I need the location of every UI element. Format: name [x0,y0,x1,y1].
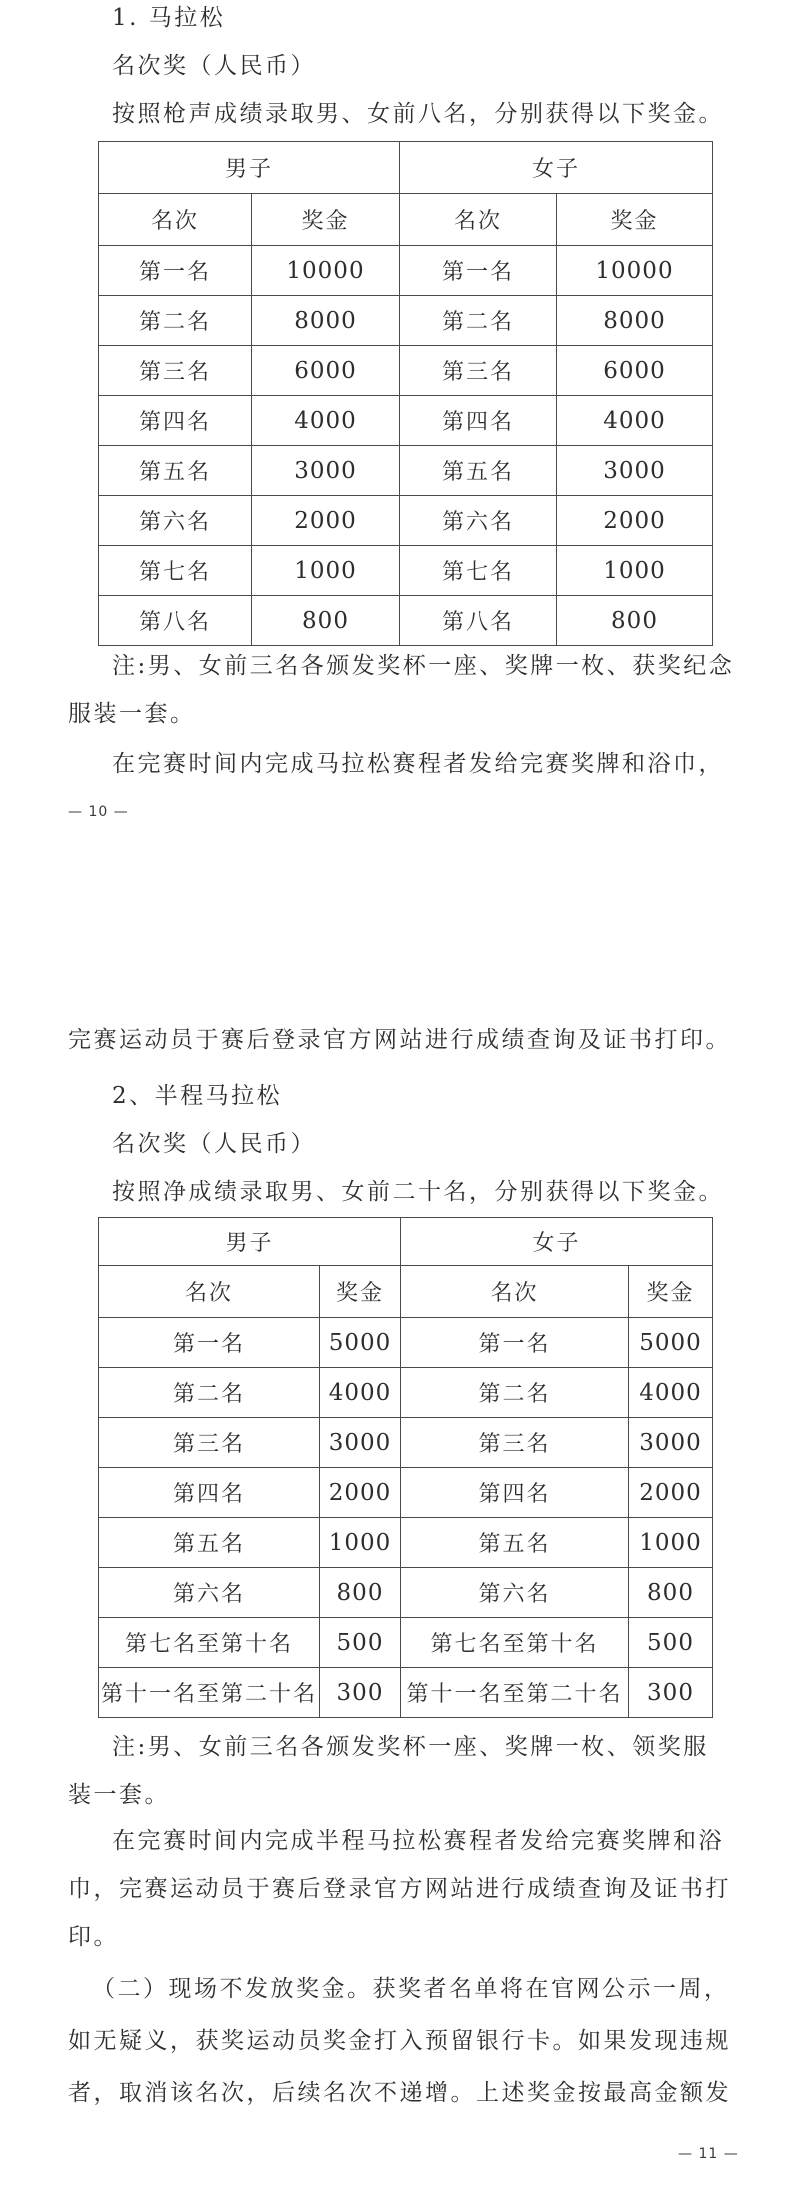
prize-amount-cell: 4000 [320,1368,401,1418]
payment-paragraph-line-3: 者，取消该名次，后续名次不递增。上述奖金按最高金额发 [68,2079,731,2107]
table-row: 第八名800第八名800 [99,596,713,646]
rank-cell: 第二名 [400,296,557,346]
prize-amount-cell: 1000 [629,1518,713,1568]
prize-amount-cell: 2000 [557,496,713,546]
carryover-paragraph: 完赛运动员于赛后登录官方网站进行成绩查询及证书打印。 [68,1026,731,1054]
prize-amount-cell: 3000 [252,446,400,496]
rank-cell: 第一名 [99,246,252,296]
rank-cell: 第三名 [400,346,557,396]
rank-cell: 第五名 [400,446,557,496]
prize-amount-cell: 500 [320,1618,401,1668]
note-line-2: 服装一套。 [68,700,196,728]
prize-amount-cell: 6000 [252,346,400,396]
rank-cell: 第八名 [99,596,252,646]
table-group-header-row: 男子女子 [99,1218,713,1266]
table-row: 第一名5000第一名5000 [99,1318,713,1368]
prize-amount-cell: 500 [629,1618,713,1668]
rank-cell: 第五名 [99,1518,320,1568]
table-col-header: 名次 [401,1266,629,1318]
prize-amount-cell: 800 [557,596,713,646]
finisher-paragraph: 在完赛时间内完成马拉松赛程者发给完赛奖牌和浴巾， [112,750,724,778]
table-group-header-row: 男子女子 [99,142,713,194]
rank-cell: 第二名 [401,1368,629,1418]
table-group-header: 女子 [401,1218,713,1266]
prize-amount-cell: 1000 [252,546,400,596]
document-canvas: 1. 马拉松 名次奖（人民币） 按照枪声成绩录取男、女前八名，分别获得以下奖金。… [0,0,799,2208]
table-row: 第六名800第六名800 [99,1568,713,1618]
rank-cell: 第二名 [99,296,252,346]
rank-cell: 第三名 [99,1418,320,1468]
table-row: 第二名8000第二名8000 [99,296,713,346]
prize-subheading: 名次奖（人民币） [112,52,316,80]
table-column-header-row: 名次奖金名次奖金 [99,1266,713,1318]
rank-cell: 第四名 [99,1468,320,1518]
prize-amount-cell: 8000 [557,296,713,346]
rank-cell: 第七名 [99,546,252,596]
note-line-1: 注:男、女前三名各颁发奖杯一座、奖牌一枚、获奖纪念 [112,652,734,680]
rank-cell: 第八名 [400,596,557,646]
table-row: 第三名3000第三名3000 [99,1418,713,1468]
rank-cell: 第七名 [400,546,557,596]
prize-amount-cell: 10000 [252,246,400,296]
prize-subheading-2: 名次奖（人民币） [112,1130,316,1158]
rank-cell: 第十一名至第二十名 [401,1668,629,1718]
prize-amount-cell: 300 [629,1668,713,1718]
rank-cell: 第七名至第十名 [401,1618,629,1668]
rank-cell: 第六名 [99,1568,320,1618]
rank-cell: 第六名 [99,496,252,546]
prize-amount-cell: 3000 [557,446,713,496]
table-row: 第一名10000第一名10000 [99,246,713,296]
rank-cell: 第五名 [401,1518,629,1568]
table-column-header-row: 名次奖金名次奖金 [99,194,713,246]
rank-cell: 第一名 [99,1318,320,1368]
table-col-header: 名次 [400,194,557,246]
prize-amount-cell: 300 [320,1668,401,1718]
table-row: 第五名3000第五名3000 [99,446,713,496]
prize-amount-cell: 1000 [320,1518,401,1568]
rank-cell: 第三名 [401,1418,629,1468]
prize-amount-cell: 4000 [557,396,713,446]
prize-amount-cell: 4000 [629,1368,713,1418]
prize-table-marathon: 男子女子名次奖金名次奖金第一名10000第一名10000第二名8000第二名80… [98,141,713,646]
prize-amount-cell: 10000 [557,246,713,296]
note2-line-2: 装一套。 [68,1781,170,1809]
page-number-10: — 10 — [68,804,129,820]
prize-amount-cell: 5000 [629,1318,713,1368]
rank-cell: 第二名 [99,1368,320,1418]
table-row: 第十一名至第二十名300第十一名至第二十名300 [99,1668,713,1718]
table-row: 第二名4000第二名4000 [99,1368,713,1418]
table-row: 第五名1000第五名1000 [99,1518,713,1568]
payment-paragraph-line-2: 如无疑义，获奖运动员奖金打入预留银行卡。如果发现违规 [68,2027,731,2055]
table-row: 第七名1000第七名1000 [99,546,713,596]
prize-amount-cell: 8000 [252,296,400,346]
rank-cell: 第六名 [400,496,557,546]
finisher-paragraph-line-1: 在完赛时间内完成半程马拉松赛程者发给完赛奖牌和浴 [112,1827,724,1855]
rank-cell: 第一名 [401,1318,629,1368]
table-group-header: 男子 [99,1218,401,1266]
rank-cell: 第六名 [401,1568,629,1618]
prize-amount-cell: 800 [320,1568,401,1618]
table-col-header: 名次 [99,194,252,246]
rank-cell: 第四名 [400,396,557,446]
prize-amount-cell: 1000 [557,546,713,596]
table-row: 第三名6000第三名6000 [99,346,713,396]
table-row: 第六名2000第六名2000 [99,496,713,546]
rank-cell: 第一名 [400,246,557,296]
table-col-header: 奖金 [629,1266,713,1318]
rank-cell: 第四名 [99,396,252,446]
prize-amount-cell: 800 [252,596,400,646]
rank-cell: 第三名 [99,346,252,396]
payment-paragraph-line-1: （二）现场不发放奖金。获奖者名单将在官网公示一周， [92,1975,730,2003]
table-col-header: 奖金 [252,194,400,246]
intro-paragraph-2: 按照净成绩录取男、女前二十名，分别获得以下奖金。 [112,1178,724,1206]
prize-amount-cell: 800 [629,1568,713,1618]
prize-amount-cell: 5000 [320,1318,401,1368]
note2-line-1: 注:男、女前三名各颁发奖杯一座、奖牌一枚、领奖服 [112,1733,709,1761]
section-heading-marathon: 1. 马拉松 [112,4,225,32]
prize-amount-cell: 6000 [557,346,713,396]
table-group-header: 男子 [99,142,400,194]
finisher-paragraph-line-3: 印。 [68,1923,119,1951]
rank-cell: 第十一名至第二十名 [99,1668,320,1718]
rank-cell: 第四名 [401,1468,629,1518]
prize-amount-cell: 2000 [252,496,400,546]
intro-paragraph: 按照枪声成绩录取男、女前八名，分别获得以下奖金。 [112,100,724,128]
finisher-paragraph-line-2: 巾，完赛运动员于赛后登录官方网站进行成绩查询及证书打 [68,1875,731,1903]
section-heading-half-marathon: 2、半程马拉松 [112,1082,282,1110]
prize-amount-cell: 3000 [629,1418,713,1468]
table-row: 第四名2000第四名2000 [99,1468,713,1518]
prize-amount-cell: 3000 [320,1418,401,1468]
table-col-header: 奖金 [557,194,713,246]
rank-cell: 第七名至第十名 [99,1618,320,1668]
table-row: 第四名4000第四名4000 [99,396,713,446]
prize-amount-cell: 2000 [320,1468,401,1518]
table-group-header: 女子 [400,142,713,194]
prize-table-half-marathon: 男子女子名次奖金名次奖金第一名5000第一名5000第二名4000第二名4000… [98,1217,713,1718]
prize-amount-cell: 4000 [252,396,400,446]
prize-amount-cell: 2000 [629,1468,713,1518]
page-number-11: — 11 — [678,2146,739,2162]
table-row: 第七名至第十名500第七名至第十名500 [99,1618,713,1668]
rank-cell: 第五名 [99,446,252,496]
table-col-header: 奖金 [320,1266,401,1318]
table-col-header: 名次 [99,1266,320,1318]
